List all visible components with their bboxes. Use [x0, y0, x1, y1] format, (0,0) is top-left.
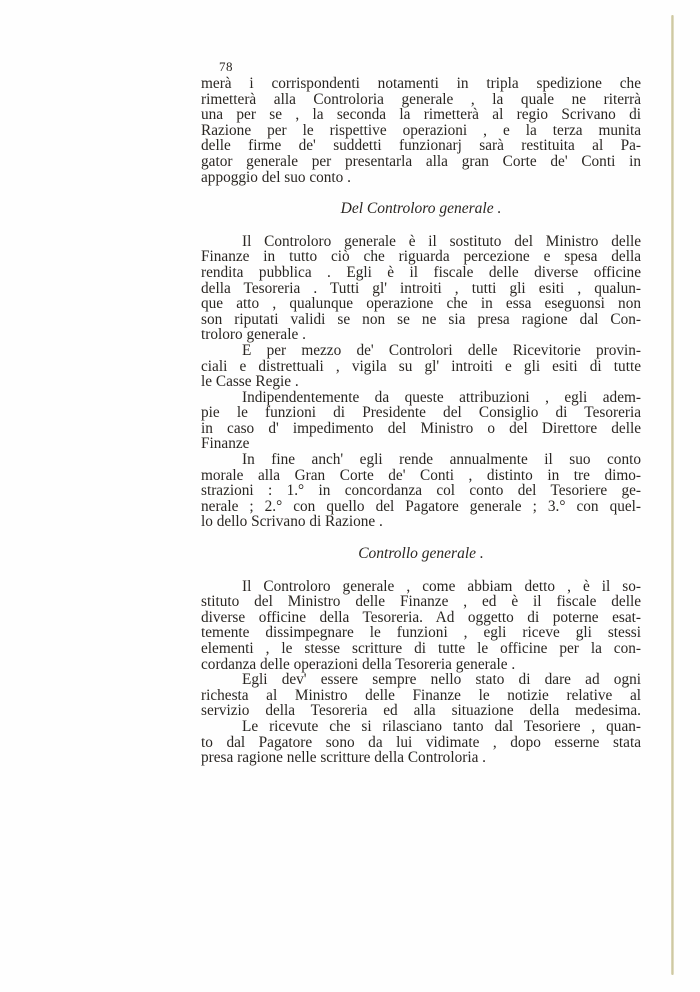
text-line: ciali e distrettuali , vigila su gl' int…: [201, 359, 641, 375]
text-line: to dal Pagatore sono da lui vidimate , d…: [201, 735, 641, 751]
text-line: cordanza delle operazioni della Tesoreri…: [201, 657, 641, 673]
page-text: merà i corrispondenti notamenti in tripl…: [201, 76, 641, 766]
text-line: Indipendentemente da queste attribuzioni…: [201, 390, 641, 406]
text-line: troloro generale .: [201, 327, 641, 343]
paragraph: Il Controloro generale è il sostituto de…: [201, 234, 641, 343]
section-heading: Del Controloro generale .: [201, 201, 641, 217]
paragraph: Le ricevute che si rilasciano tanto dal …: [201, 719, 641, 766]
text-line: le Casse Regie .: [201, 374, 641, 390]
text-line: rendita pubblica . Egli è il fiscale del…: [201, 265, 641, 281]
text-line: rimetterà alla Controloria generale , la…: [201, 92, 641, 108]
text-line: In fine anch' egli rende annualmente il …: [201, 452, 641, 468]
text-line: della Tesoreria . Tutti gl' introiti , t…: [201, 281, 641, 297]
section-heading: Controllo generale .: [201, 546, 641, 562]
text-line: temente dissimpegnare le funzioni , egli…: [201, 625, 641, 641]
text-line: que atto , qualunque operazione che in e…: [201, 296, 641, 312]
text-line: E per mezzo de' Controlori delle Ricevit…: [201, 343, 641, 359]
text-line: una per se , la seconda la rimetterà al …: [201, 107, 641, 123]
text-line: pie le funzioni di Presidente del Consig…: [201, 405, 641, 421]
text-line: Il Controloro generale è il sostituto de…: [201, 234, 641, 250]
text-line: nerale ; 2.° con quello del Pagatore gen…: [201, 499, 641, 515]
text-line: Egli dev' essere sempre nello stato di d…: [201, 672, 641, 688]
text-line: strazioni : 1.° in concordanza col conto…: [201, 483, 641, 499]
text-line: lo dello Scrivano di Razione .: [201, 514, 641, 530]
text-line: in caso d' impedimento del Ministro o de…: [201, 421, 641, 437]
paragraph: E per mezzo de' Controlori delle Ricevit…: [201, 343, 641, 390]
text-line: son riputati validi se non se ne sia pre…: [201, 312, 641, 328]
text-line: Finanze in tutto ciò che riguarda percez…: [201, 249, 641, 265]
paragraph: Indipendentemente da queste attribuzioni…: [201, 390, 641, 452]
text-line: gator generale per presentarla alla gran…: [201, 154, 641, 170]
paragraph: Il Controloro generale , come abbiam det…: [201, 579, 641, 673]
page-edge: [671, 15, 674, 975]
text-line: presa ragione nelle scritture della Cont…: [201, 750, 641, 766]
text-line: morale alla Gran Corte de' Conti , disti…: [201, 468, 641, 484]
text-line: stituto del Ministro delle Finanze , ed …: [201, 594, 641, 610]
text-line: Le ricevute che si rilasciano tanto dal …: [201, 719, 641, 735]
paragraph: Egli dev' essere sempre nello stato di d…: [201, 672, 641, 719]
text-line: servizio della Tesoreria ed alla situazi…: [201, 703, 641, 719]
text-line: merà i corrispondenti notamenti in tripl…: [201, 76, 641, 92]
paragraph: In fine anch' egli rende annualmente il …: [201, 452, 641, 530]
text-line: Finanze: [201, 436, 641, 452]
text-line: Razione per le rispettive operazioni , e…: [201, 123, 641, 139]
page-number: 78: [219, 60, 233, 73]
continuation-paragraph: merà i corrispondenti notamenti in tripl…: [201, 76, 641, 185]
text-line: appoggio del suo conto .: [201, 170, 641, 186]
text-line: Il Controloro generale , come abbiam det…: [201, 579, 641, 595]
text-line: delle firme de' suddetti funzionarj sarà…: [201, 138, 641, 154]
text-line: diverse officine della Tesoreria. Ad ogg…: [201, 610, 641, 626]
text-line: elementi , le stesse scritture di tutte …: [201, 641, 641, 657]
text-line: richesta al Ministro delle Finanze le no…: [201, 688, 641, 704]
